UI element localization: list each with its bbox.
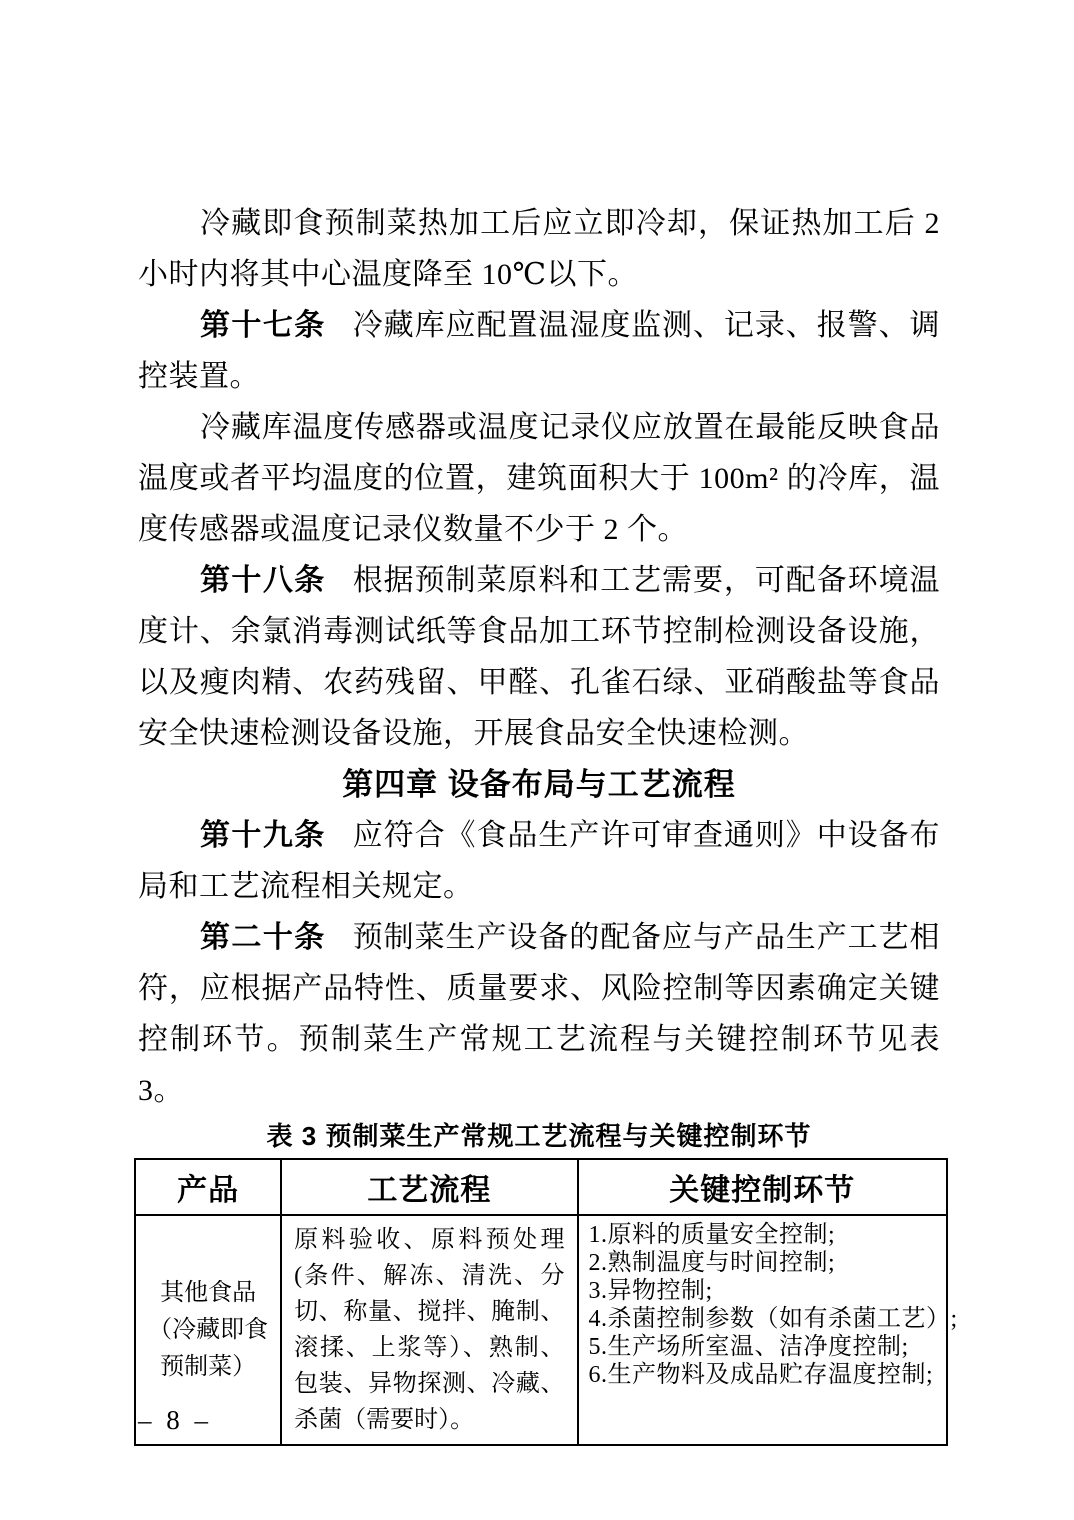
- paragraph-sensor: 冷藏库温度传感器或温度记录仪应放置在最能反映食品温度或者平均温度的位置，建筑面积…: [138, 402, 940, 555]
- control-item-4: 4.杀菌控制参数（如有杀菌工艺）;: [589, 1305, 938, 1333]
- paragraph-article-20: 第二十条预制菜生产设备的配备应与产品生产工艺相符，应根据产品特性、质量要求、风险…: [138, 912, 940, 1116]
- article-19-number: 第十九条: [200, 819, 326, 852]
- paragraph-article-17: 第十七条冷藏库应配置温湿度监测、记录、报警、调控装置。: [138, 300, 940, 402]
- control-item-3: 3.异物控制;: [589, 1277, 938, 1305]
- table-cell-controls: 1.原料的质量安全控制; 2.熟制温度与时间控制; 3.异物控制; 4.杀菌控制…: [578, 1215, 947, 1445]
- control-item-1: 1.原料的质量安全控制;: [589, 1221, 938, 1249]
- table-cell-process: 原料验收、原料预处理(条件、解冻、清洗、分切、称量、搅拌、腌制、滚揉、上浆等）、…: [281, 1215, 577, 1445]
- page-number: – 8 –: [138, 1405, 212, 1436]
- paragraph-cooling: 冷藏即食预制菜热加工后应立即冷却，保证热加工后 2 小时内将其中心温度降至 10…: [138, 198, 940, 300]
- chapter-4-heading: 第四章 设备布局与工艺流程: [138, 759, 940, 810]
- table-3: 产品 工艺流程 关键控制环节 其他食品（冷藏即食预制菜） 原料验收、原料预处理(…: [134, 1158, 948, 1446]
- table-header-process: 工艺流程: [281, 1159, 577, 1215]
- table-header-row: 产品 工艺流程 关键控制环节: [135, 1159, 947, 1215]
- table-header-controls: 关键控制环节: [578, 1159, 947, 1215]
- article-17-number: 第十七条: [200, 309, 326, 342]
- table-3-caption: 表 3 预制菜生产常规工艺流程与关键控制环节: [138, 1118, 940, 1154]
- table-row: 其他食品（冷藏即食预制菜） 原料验收、原料预处理(条件、解冻、清洗、分切、称量、…: [135, 1215, 947, 1445]
- table-header-product: 产品: [135, 1159, 281, 1215]
- article-18-number: 第十八条: [200, 564, 326, 597]
- paragraph-sensor-text: 冷藏库温度传感器或温度记录仪应放置在最能反映食品温度或者平均温度的位置，建筑面积…: [138, 411, 940, 546]
- paragraph-article-18: 第十八条根据预制菜原料和工艺需要，可配备环境温度计、余氯消毒测试纸等食品加工环节…: [138, 555, 940, 759]
- paragraph-cooling-text: 冷藏即食预制菜热加工后应立即冷却，保证热加工后 2 小时内将其中心温度降至 10…: [138, 207, 940, 291]
- control-item-2: 2.熟制温度与时间控制;: [589, 1249, 938, 1277]
- document-page: 冷藏即食预制菜热加工后应立即冷却，保证热加工后 2 小时内将其中心温度降至 10…: [0, 0, 1074, 1520]
- article-20-number: 第二十条: [200, 921, 326, 954]
- control-item-6: 6.生产物料及成品贮存温度控制;: [589, 1361, 938, 1389]
- paragraph-article-19: 第十九条应符合《食品生产许可审查通则》中设备布局和工艺流程相关规定。: [138, 810, 940, 912]
- control-item-5: 5.生产场所室温、洁净度控制;: [589, 1333, 938, 1361]
